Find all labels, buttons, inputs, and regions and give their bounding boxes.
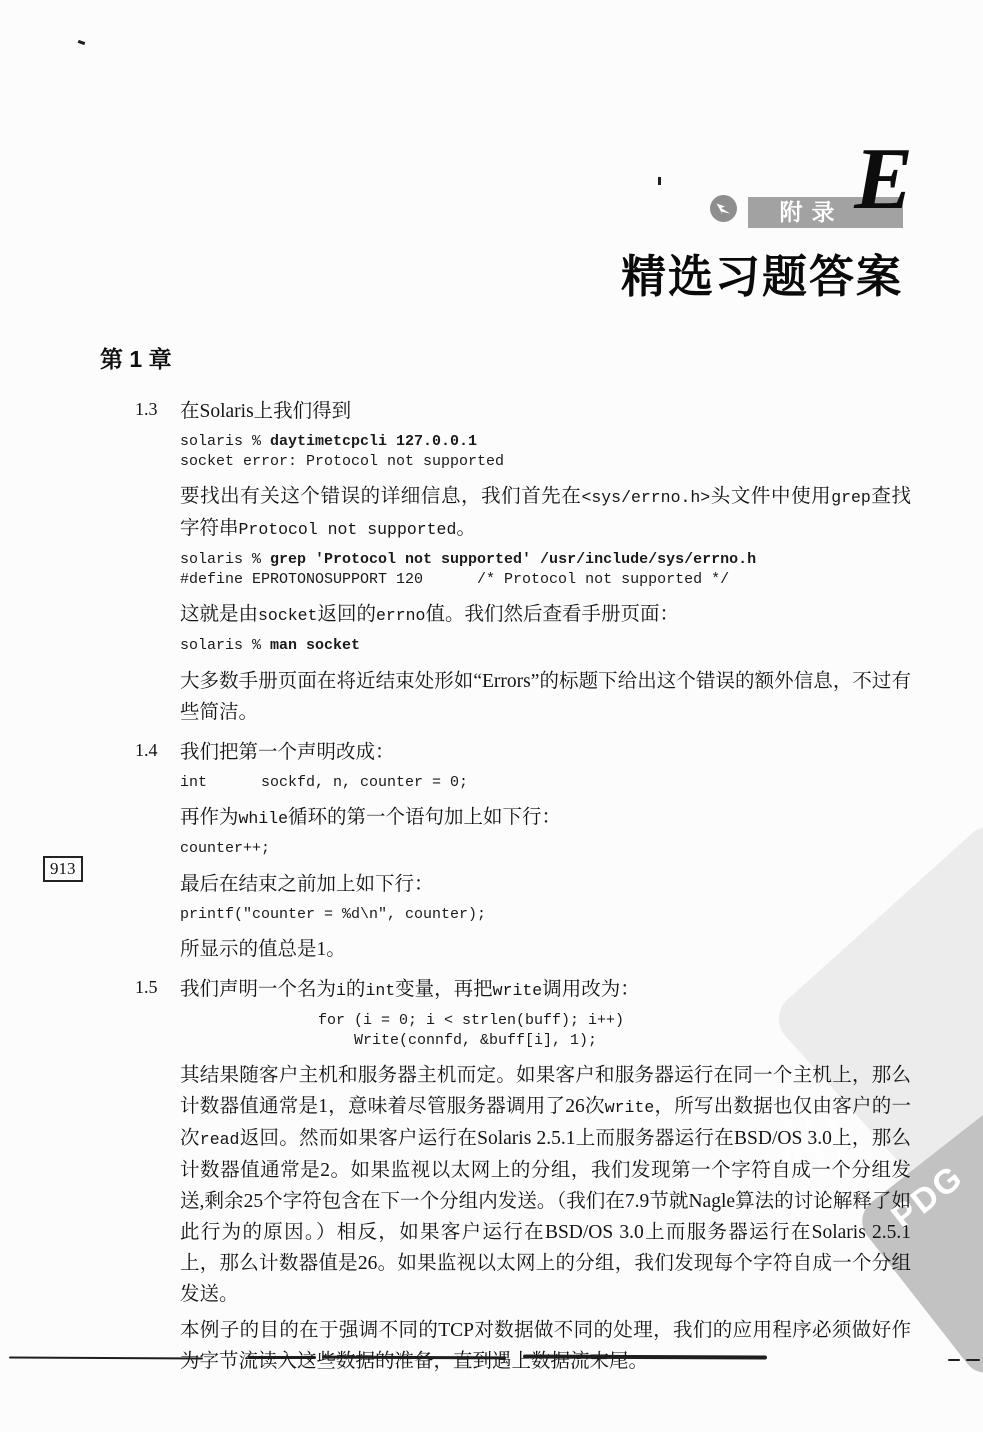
code-text: solaris % [180, 637, 270, 654]
exercise-body: 我们把第一个声明改成：int sockfd, n, counter = 0;再作… [180, 737, 911, 966]
paragraph: 其结果随客户主机和服务器主机而定。如果客户和服务器运行在同一个主机上，那么计数器… [180, 1060, 911, 1310]
code-block: for (i = 0; i < strlen(buff); i++) Write… [180, 1011, 911, 1050]
exercise-body: 我们声明一个名为i的int变量，再把write调用改为：for (i = 0; … [180, 974, 911, 1377]
inline-code: int [365, 981, 395, 1000]
code-line: #define EPROTONOSUPPORT 120 /* Protocol … [180, 570, 911, 590]
exercise-number: 1.5 [135, 977, 158, 998]
code-text: int sockfd, n, counter = 0; [180, 774, 468, 791]
text-run: 这就是由 [180, 604, 258, 625]
exercise-number: 1.3 [135, 399, 158, 420]
exercise-item: 1.5我们声明一个名为i的int变量，再把write调用改为：for (i = … [0, 974, 983, 1377]
text-run: 再作为 [180, 807, 239, 828]
paragraph: 这就是由socket返回的errno值。我们然后查看手册页面： [180, 599, 911, 631]
scan-speck [658, 177, 661, 185]
inline-code: while [239, 809, 289, 828]
inline-code: errno [376, 606, 426, 625]
inline-code: grep [831, 488, 871, 507]
text-run: 。 [456, 518, 476, 539]
text-run: 的 [346, 979, 366, 1000]
paragraph: 所显示的值总是1。 [180, 934, 911, 965]
code-text: for (i = 0; i < strlen(buff); i++) [318, 1012, 624, 1029]
scan-line-segment [322, 1356, 506, 1360]
code-block: solaris % daytimetcpcli 127.0.0.1socket … [180, 432, 911, 471]
text-run: 要找出有关这个错误的详细信息，我们首先在 [180, 486, 581, 507]
code-block: solaris % grep 'Protocol not supported' … [180, 550, 911, 589]
code-user-input: man socket [270, 637, 360, 654]
paragraph: 我们声明一个名为i的int变量，再把write调用改为： [180, 974, 911, 1006]
scan-line-segment [948, 1359, 960, 1361]
inline-code: write [493, 981, 543, 1000]
text-run: 在Solaris上我们得到 [180, 401, 351, 422]
exercise-item: 1.3在Solaris上我们得到solaris % daytimetcpcli … [0, 396, 983, 728]
book-page: 州 PDG 附录 E 精选习题答案 第 1 章 913 1.3在Solaris上… [0, 0, 983, 1432]
code-user-input: daytimetcpcli 127.0.0.1 [270, 433, 477, 450]
code-line: solaris % daytimetcpcli 127.0.0.1 [180, 432, 911, 452]
arrow-circle-icon [710, 195, 737, 222]
code-text: counter++; [180, 840, 270, 857]
inline-code: Protocol not supported [239, 520, 457, 539]
exercise-answers: 1.3在Solaris上我们得到solaris % daytimetcpcli … [0, 396, 983, 1386]
chapter-heading: 第 1 章 [100, 341, 172, 374]
code-line: Write(connfd, &buff[i], 1); [318, 1031, 911, 1051]
appendix-badge: 附录 E [700, 158, 915, 230]
code-line: counter++; [180, 839, 911, 859]
inline-code: <sys/errno.h> [581, 488, 710, 507]
inline-code: write [605, 1098, 655, 1117]
scan-speck [78, 40, 86, 45]
inline-code: i [336, 981, 346, 1000]
text-run: 变量，再把 [395, 979, 493, 1000]
text-run: 头文件中使用 [710, 486, 831, 507]
paragraph: 本例子的目的在于强调不同的TCP对数据做不同的处理，我们的应用程序必须做好作为字… [180, 1315, 911, 1377]
code-line: solaris % grep 'Protocol not supported' … [180, 550, 911, 570]
text-run: 返回的 [317, 604, 376, 625]
scan-line-segment [966, 1359, 980, 1361]
paragraph: 我们把第一个声明改成： [180, 737, 911, 768]
text-run: 值。我们然后查看手册页面： [425, 604, 679, 625]
code-text: printf("counter = %d\n", counter); [180, 906, 486, 923]
text-run: 我们把第一个声明改成： [180, 742, 395, 763]
text-run: 我们声明一个名为 [180, 979, 336, 1000]
text-run: 调用改为： [542, 979, 640, 1000]
code-line: solaris % man socket [180, 636, 911, 656]
appendix-letter: E [854, 136, 913, 224]
code-line: int sockfd, n, counter = 0; [180, 773, 911, 793]
page-title: 精选习题答案 [621, 240, 903, 305]
inline-code: socket [258, 606, 317, 625]
code-block: printf("counter = %d\n", counter); [180, 905, 911, 925]
code-line: printf("counter = %d\n", counter); [180, 905, 911, 925]
scan-line-segment [248, 1356, 316, 1359]
code-block: solaris % man socket [180, 636, 911, 656]
paragraph: 最后在结束之前加上如下行： [180, 869, 911, 900]
code-text: solaris % [180, 433, 270, 450]
inline-code: read [200, 1130, 240, 1149]
code-text: solaris % [180, 551, 270, 568]
code-block: int sockfd, n, counter = 0; [180, 773, 911, 793]
paragraph: 要找出有关这个错误的详细信息，我们首先在<sys/errno.h>头文件中使用g… [180, 481, 911, 545]
code-text: socket error: Protocol not supported [180, 453, 504, 470]
text-run: 大多数手册页面在将近结束处形如“Errors”的标题下给出这个错误的额外信息，不… [180, 671, 911, 723]
code-line: socket error: Protocol not supported [180, 452, 911, 472]
exercise-body: 在Solaris上我们得到solaris % daytimetcpcli 127… [180, 396, 911, 728]
code-user-input: grep 'Protocol not supported' /usr/inclu… [270, 551, 756, 568]
paragraph: 再作为while循环的第一个语句加上如下行： [180, 802, 911, 834]
paragraph: 大多数手册页面在将近结束处形如“Errors”的标题下给出这个错误的额外信息，不… [180, 666, 911, 728]
text-run: 循环的第一个语句加上如下行： [288, 807, 561, 828]
text-run: 返回。然而如果客户运行在Solaris 2.5.1上而服务器运行在BSD/OS … [180, 1128, 911, 1305]
code-text: Write(connfd, &buff[i], 1); [318, 1032, 597, 1049]
code-block: counter++; [180, 839, 911, 859]
exercise-item: 1.4我们把第一个声明改成：int sockfd, n, counter = 0… [0, 737, 983, 966]
margin-page-number: 913 [43, 856, 83, 882]
text-run: 所显示的值总是1。 [180, 939, 346, 960]
paragraph: 在Solaris上我们得到 [180, 396, 911, 427]
code-text: #define EPROTONOSUPPORT 120 /* Protocol … [180, 571, 729, 588]
code-line: for (i = 0; i < strlen(buff); i++) [318, 1011, 911, 1031]
text-run: 最后在结束之前加上如下行： [180, 874, 434, 895]
exercise-number: 1.4 [135, 740, 158, 761]
text-run: 本例子的目的在于强调不同的TCP对数据做不同的处理，我们的应用程序必须做好作为字… [180, 1320, 911, 1372]
